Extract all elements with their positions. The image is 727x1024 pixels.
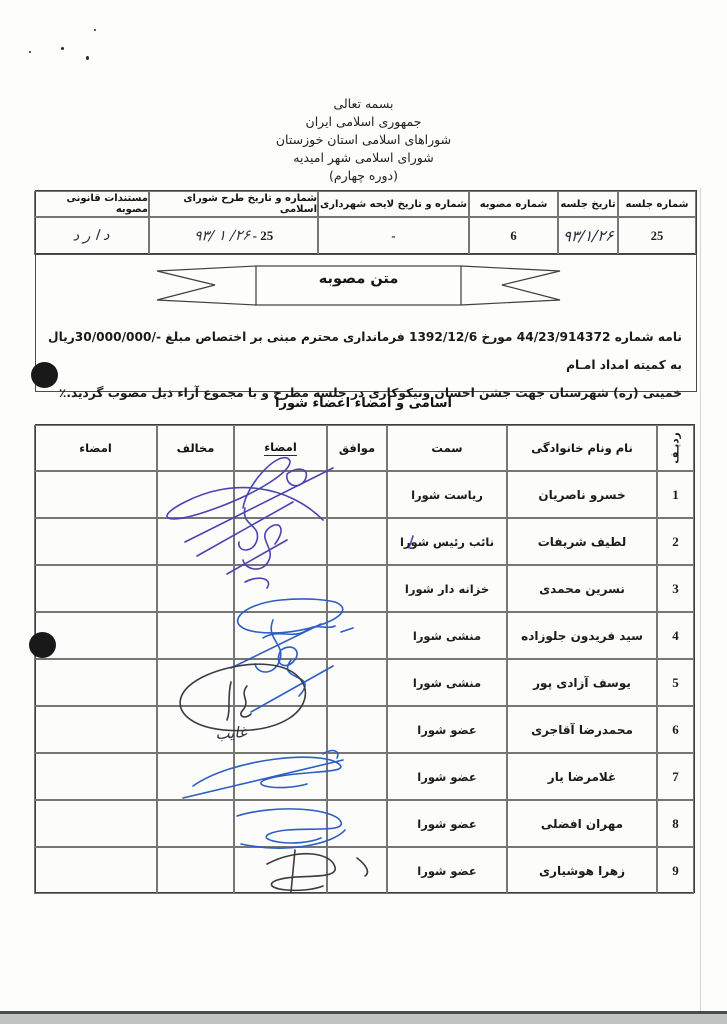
signature-cell (234, 565, 327, 612)
session-no-header: شماره جلسه (618, 191, 696, 217)
agree-cell (327, 612, 387, 659)
row-no: 6 (657, 706, 694, 753)
oppose-cell (157, 847, 234, 894)
plan-no-date-value: ۹۳/ ۱ /۲۶ - 25 (149, 217, 318, 255)
letterhead: بسمه تعالی جمهوری اسلامی ایران شوراهای ا… (0, 95, 727, 185)
hole-punch-bottom (29, 632, 56, 658)
resolution-body: نامه شماره 44/23/914372 مورخ 1392/12/6 ف… (48, 323, 682, 407)
signature-cell (34, 753, 157, 800)
oppose-cell (157, 471, 234, 518)
page-edge-line (700, 188, 701, 1012)
col-header-oppose: مخالف (157, 425, 234, 471)
scan-speck (61, 47, 64, 50)
signature-cell (34, 565, 157, 612)
row-no: 8 (657, 800, 694, 847)
resolution-no-header: شماره مصوبه (469, 191, 558, 217)
bill-no-date-value: - (318, 217, 469, 255)
resolution-banner-title: متن مصوبه (256, 271, 461, 287)
signature-cell (234, 659, 327, 706)
member-position: عضو شورا (387, 753, 507, 800)
country-line: جمهوری اسلامی ایران (0, 113, 727, 131)
city-council-line: شورای اسلامی شهر امیدیه (0, 149, 727, 167)
agree-cell (327, 471, 387, 518)
resolution-box: متن مصوبه نامه شماره 44/23/914372 مورخ 1… (35, 254, 697, 392)
row-no: 1 (657, 471, 694, 518)
bill-no-date-header: شماره و تاریخ لایحه شهرداری (318, 191, 469, 217)
member-position: منشی شورا (387, 659, 507, 706)
row-no: 3 (657, 565, 694, 612)
scan-speck (29, 51, 31, 53)
scan-speck (94, 29, 96, 31)
signature-cell (34, 659, 157, 706)
plan-no-date-header: شماره و تاریخ طرح شورای اسلامی (149, 191, 318, 217)
signature-cell (234, 753, 327, 800)
member-name: غلامرضا یار (507, 753, 657, 800)
signature-cell (234, 518, 327, 565)
row-no: 5 (657, 659, 694, 706)
scanned-document-page: بسمه تعالی جمهوری اسلامی ایران شوراهای ا… (0, 0, 727, 1024)
oppose-cell (157, 706, 234, 753)
agree-cell (327, 565, 387, 612)
session-no-value: 25 (618, 217, 696, 255)
col-header-signature-agree: امضاء (234, 425, 327, 471)
oppose-cell (157, 659, 234, 706)
row-no: 9 (657, 847, 694, 894)
member-name: خسرو ناصریان (507, 471, 657, 518)
signature-cell (34, 706, 157, 753)
col-header-name: نام ونام خانوادگی (507, 425, 657, 471)
signature-cell (234, 706, 327, 753)
session-date-header: تاریخ جلسه (558, 191, 618, 217)
agree-cell (327, 753, 387, 800)
resolution-no-value: 6 (469, 217, 558, 255)
member-name: یوسف آزادی پور (507, 659, 657, 706)
agree-cell (327, 659, 387, 706)
bismillah-line: بسمه تعالی (0, 95, 727, 113)
agree-cell (327, 706, 387, 753)
session-date-value-handwritten: ۹۳/۱/۲۶ (562, 227, 614, 246)
col-header-signature-oppose: امضاء (34, 425, 157, 471)
legal-docs-header: مستندات قانونی مصوبه (34, 191, 149, 217)
member-position: منشی شورا (387, 612, 507, 659)
row-no: 4 (657, 612, 694, 659)
col-header-position: سمت (387, 425, 507, 471)
signature-cell (34, 800, 157, 847)
signature-cell (234, 847, 327, 894)
resolution-meta-table: شماره جلسه تاریخ جلسه شماره مصوبه شماره … (35, 190, 697, 254)
row-no: 7 (657, 753, 694, 800)
oppose-cell (157, 518, 234, 565)
member-position: عضو شورا (387, 800, 507, 847)
province-council-line: شوراهای اسلامی استان خوزستان (0, 131, 727, 149)
signature-cell (34, 847, 157, 894)
member-name: نسرین محمدی (507, 565, 657, 612)
oppose-cell (157, 800, 234, 847)
scan-speck (86, 56, 89, 60)
row-no: 2 (657, 518, 694, 565)
agree-cell (327, 518, 387, 565)
member-name: مهران افضلی (507, 800, 657, 847)
signature-cell (234, 800, 327, 847)
legal-docs-value-handwritten: د ا ر د (73, 228, 111, 245)
col-header-row-no: ردیـف (657, 425, 694, 471)
oppose-cell (157, 612, 234, 659)
signature-cell (234, 471, 327, 518)
signature-cell (34, 518, 157, 565)
agree-cell (327, 800, 387, 847)
scan-bottom-strip (0, 1014, 727, 1024)
signature-cell (234, 612, 327, 659)
members-section-title: اسامی و امضاء اعضاء شورا (0, 396, 727, 411)
col-header-agree: موافق (327, 425, 387, 471)
members-signature-table: ردیـف نام ونام خانوادگی سمت موافق امضاء … (35, 424, 695, 893)
plan-no-typed: - 25 (253, 228, 274, 244)
member-name: لطیف شریفات (507, 518, 657, 565)
oppose-cell (157, 753, 234, 800)
member-position: عضو شورا (387, 847, 507, 894)
agree-cell (327, 847, 387, 894)
member-position: ریاست شورا (387, 471, 507, 518)
oppose-cell (157, 565, 234, 612)
member-position: نائب رئیس شورا (387, 518, 507, 565)
resolution-body-line1: نامه شماره 44/23/914372 مورخ 1392/12/6 ف… (48, 330, 682, 372)
signature-cell (34, 471, 157, 518)
member-position: خزانه دار شورا (387, 565, 507, 612)
member-name: محمدرضا آقاجری (507, 706, 657, 753)
term-line: (دوره چهارم) (0, 167, 727, 185)
member-name: سید فریدون جلوزاده (507, 612, 657, 659)
member-name: زهرا هوشیاری (507, 847, 657, 894)
plan-date-handwritten: ۹۳/ ۱ /۲۶ (193, 228, 250, 245)
hole-punch-top (31, 362, 58, 388)
member-position: عضو شورا (387, 706, 507, 753)
